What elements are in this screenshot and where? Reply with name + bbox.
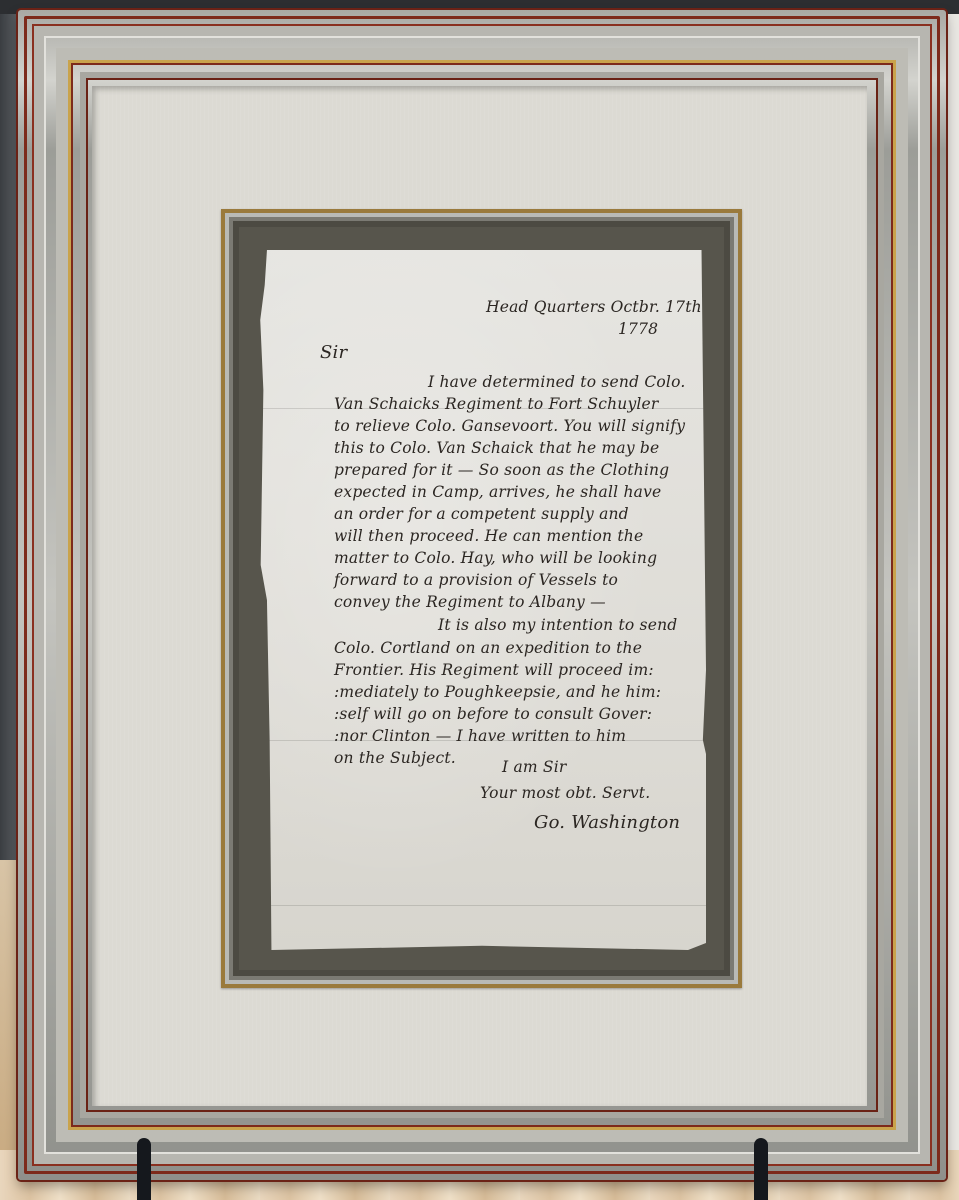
letter-salutation: Sir [320,342,347,363]
letter-closing-servant: Your most obt. Servt. [480,784,650,802]
display-stand-right-leg [754,1138,768,1200]
letter-body-line: forward to a provision of Vessels to [334,571,700,589]
letter-body-line: Colo. Cortland on an expedition to the [334,639,700,657]
letter-body-line: :nor Clinton — I have written to him [334,727,700,745]
letter-body-line: :mediately to Poughkeepsie, and he him: [334,683,700,701]
letter-body-line: this to Colo. Van Schaick that he may be [334,439,700,457]
letter-body-line: prepared for it — So soon as the Clothin… [334,461,700,479]
letter-body-line: :self will go on before to consult Gover… [334,705,700,723]
letter-body-line: will then proceed. He can mention the [334,527,700,545]
letter-body-line: convey the Regiment to Albany — [334,593,700,611]
letter-paper: Head Quarters Octbr. 17th 1778 Sir I hav… [258,250,706,950]
fold-line [258,905,706,906]
letter-signature: Go. Washington [534,812,680,833]
letter-body-line: matter to Colo. Hay, who will be looking [334,549,700,567]
letter-body-line: expected in Camp, arrives, he shall have [334,483,700,501]
letter-closing: I am Sir [502,758,567,776]
letter-body-line: Van Schaicks Regiment to Fort Schuyler [334,395,700,413]
letter-heading-place-date: Head Quarters Octbr. 17th [486,298,702,316]
display-stand-left-leg [137,1138,151,1200]
letter-body-line: Frontier. His Regiment will proceed im: [334,661,700,679]
letter-body-line: to relieve Colo. Gansevoort. You will si… [334,417,700,435]
letter-heading-year: 1778 [618,320,658,338]
letter-body-line: an order for a competent supply and [334,505,700,523]
